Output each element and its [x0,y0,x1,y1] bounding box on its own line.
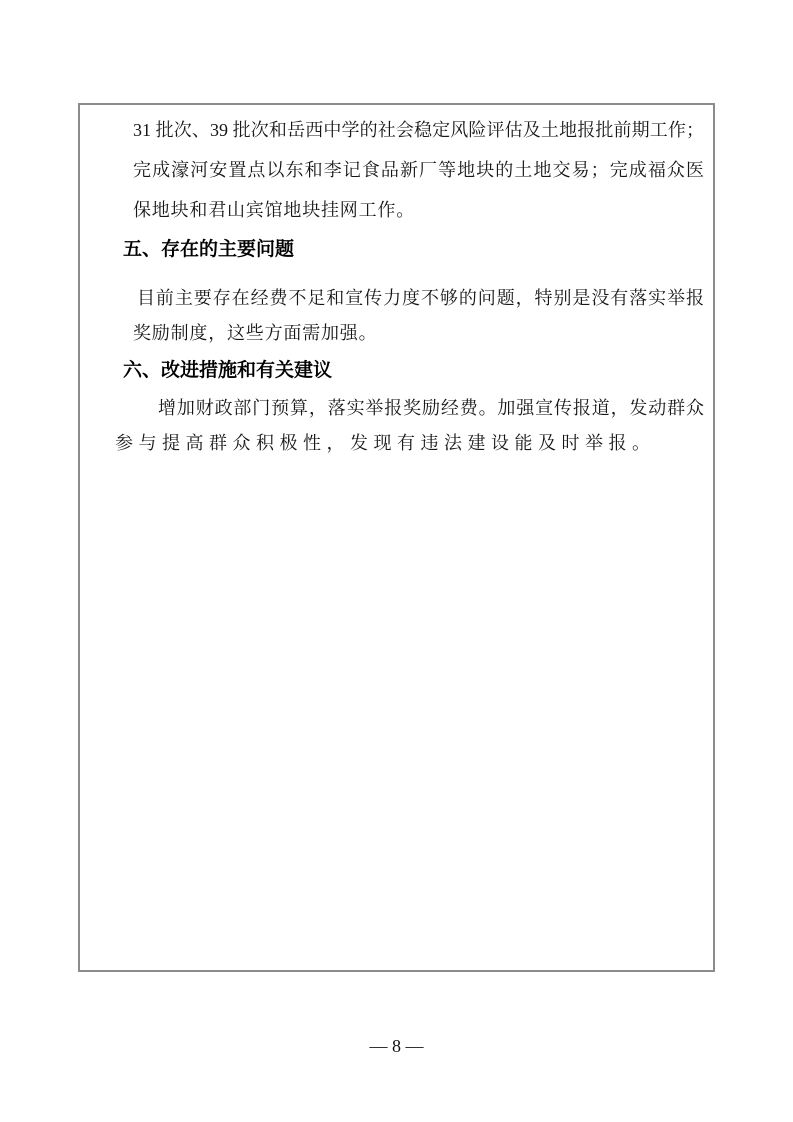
section-5-paragraph-line-2: 奖励制度，这些方面需加强。 [133,316,704,351]
page-number: — 8 — [0,1033,793,1059]
section-6-paragraph-line-1: 增加财政部门预算，落实举报奖励经费。加强宣传报道，发动群众 [133,391,704,426]
section-6-paragraph-line-2: 参与提高群众积极性，发现有违法建设能及时举报。 [115,426,686,461]
document-page: 31 批次、39 批次和岳西中学的社会稳定风险评估及土地报批前期工作； 完成濠河… [0,0,793,1122]
section-6-heading: 六、改进措施和有关建议 [123,351,704,391]
section-5-paragraph-line-1: 目前主要存在经费不足和宣传力度不够的问题，特别是没有落实举报 [133,281,704,316]
continuation-paragraph-line-3: 保地块和君山宾馆地块挂网工作。 [133,190,704,230]
document-content: 31 批次、39 批次和岳西中学的社会稳定风险评估及土地报批前期工作； 完成濠河… [133,110,704,461]
section-5-heading: 五、存在的主要问题 [123,230,704,270]
document-table-cell-border: 31 批次、39 批次和岳西中学的社会稳定风险评估及土地报批前期工作； 完成濠河… [78,103,715,972]
continuation-paragraph-line-1: 31 批次、39 批次和岳西中学的社会稳定风险评估及土地报批前期工作； [133,110,704,150]
continuation-paragraph-line-2: 完成濠河安置点以东和李记食品新厂等地块的土地交易；完成福众医 [133,150,704,190]
